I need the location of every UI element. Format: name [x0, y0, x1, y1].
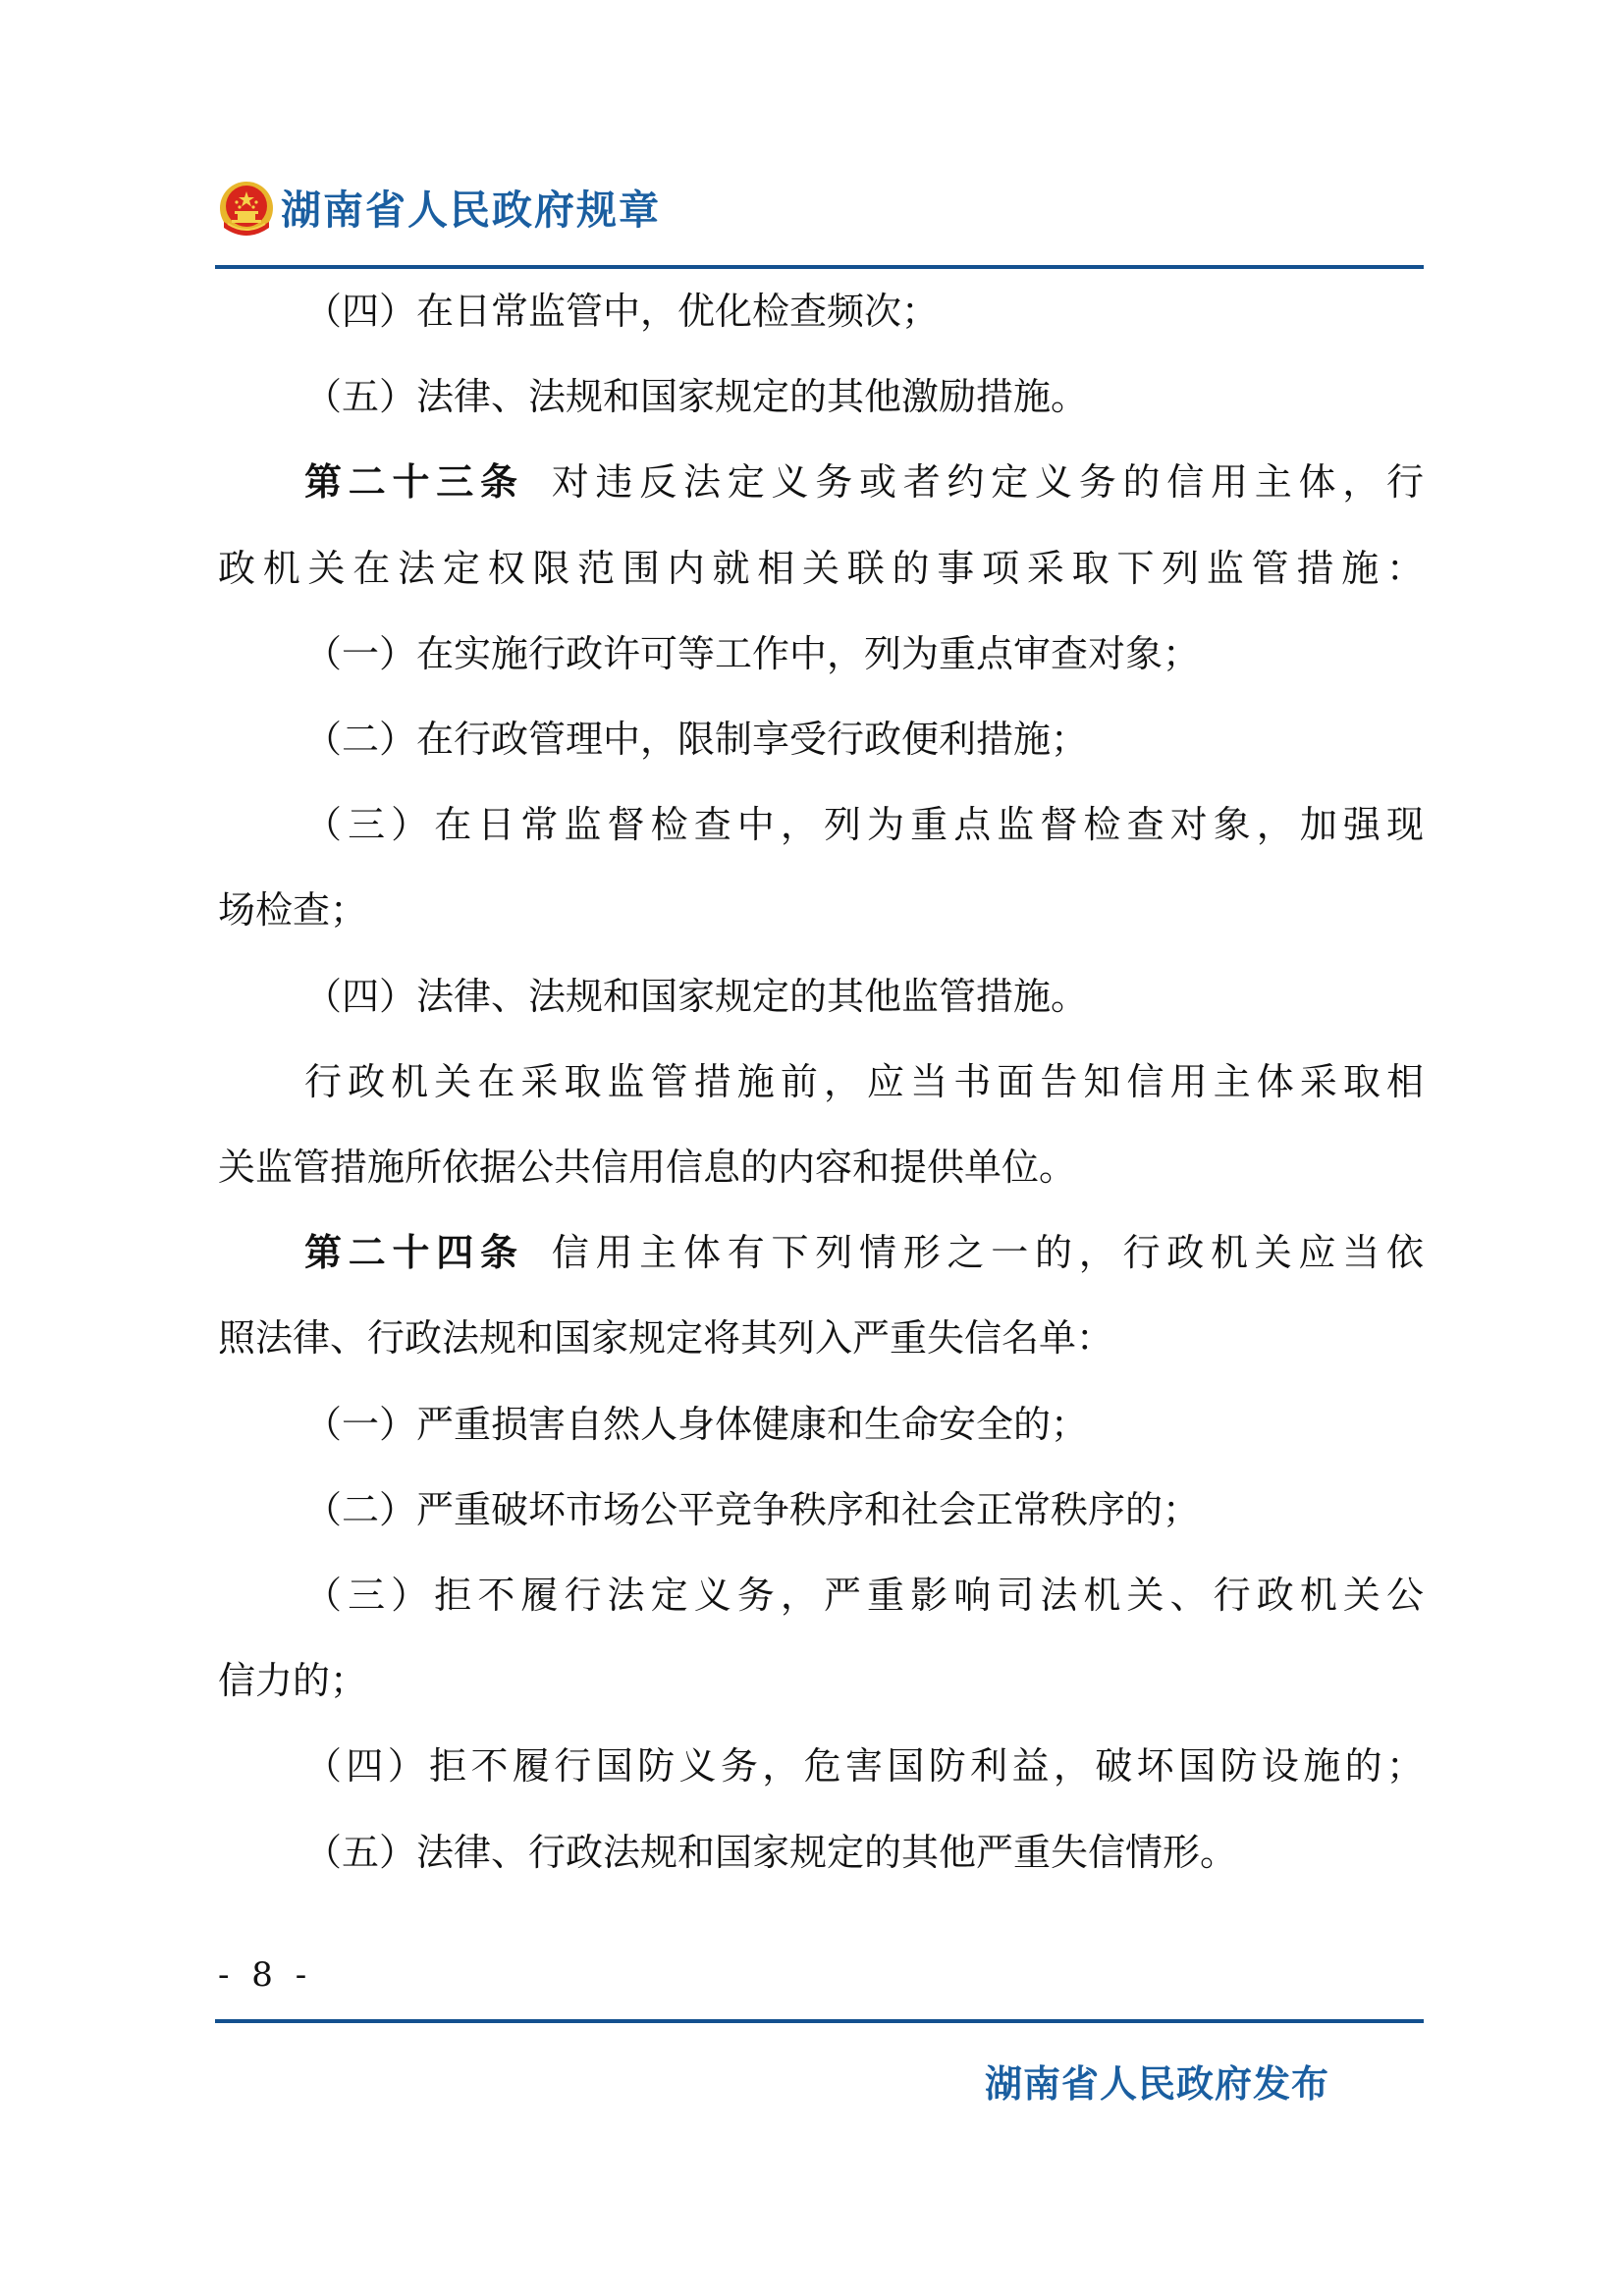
header-rule: [215, 265, 1424, 269]
line-text: （三）在日常监督检查中，列为重点监督检查对象，加强现: [304, 803, 1424, 846]
header-title: 湖南省人民政府规章: [281, 190, 661, 231]
body-line: 行政机关在采取监管措施前，应当书面告知信用主体采取相: [218, 1047, 1424, 1116]
line-text: （四）法律、法规和国家规定的其他监管措施。: [304, 975, 1088, 1018]
line-text: 信力的；: [218, 1659, 367, 1702]
line-text: 对违反法定义务或者约定义务的信用主体，行: [552, 460, 1424, 504]
publisher-footer: 湖南省人民政府发布: [985, 2061, 1329, 2107]
page-number: - 8 -: [218, 1953, 312, 1997]
line-text: （二）严重破坏市场公平竞争秩序和社会正常秩序的；: [304, 1488, 1200, 1531]
national-emblem-icon: [218, 179, 275, 241]
line-text: （五）法律、法规和国家规定的其他激励措施。: [304, 375, 1088, 418]
body-line: （二）在行政管理中，限制享受行政便利措施；: [218, 705, 1424, 774]
line-text: 信用主体有下列情形之一的，行政机关应当依: [552, 1231, 1424, 1274]
body-line: 照法律、行政法规和国家规定将其列入严重失信名单：: [218, 1304, 1424, 1372]
body-line: 政机关在法定权限范围内就相关联的事项采取下列监管措施：: [218, 534, 1424, 603]
line-text: （三）拒不履行法定义务，严重影响司法机关、行政机关公: [304, 1574, 1424, 1617]
body-line: （四）拒不履行国防义务，危害国防利益，破坏国防设施的；: [218, 1732, 1424, 1800]
body-line: （三）在日常监督检查中，列为重点监督检查对象，加强现: [218, 790, 1424, 859]
body-line: （四）在日常监管中，优化检查频次；: [218, 277, 1424, 346]
article-number: 第二十三条: [304, 460, 524, 504]
line-text: （四）拒不履行国防义务，危害国防利益，破坏国防设施的；: [304, 1744, 1424, 1788]
document-header: 湖南省人民政府规章: [218, 179, 661, 241]
body-line: （一）在实施行政许可等工作中，列为重点审查对象；: [218, 619, 1424, 688]
body-line: （二）严重破坏市场公平竞争秩序和社会正常秩序的；: [218, 1475, 1424, 1544]
body-line: 关监管措施所依据公共信用信息的内容和提供单位。: [218, 1133, 1424, 1201]
line-text: 照法律、行政法规和国家规定将其列入严重失信名单：: [218, 1316, 1113, 1360]
line-text: （一）在实施行政许可等工作中，列为重点审查对象；: [304, 632, 1200, 675]
line-text: （四）在日常监管中，优化检查频次；: [304, 290, 939, 333]
line-text: （二）在行政管理中，限制享受行政便利措施；: [304, 718, 1088, 761]
body-line: 信力的；: [218, 1646, 1424, 1715]
line-text: 政机关在法定权限范围内就相关联的事项采取下列监管措施：: [218, 547, 1424, 590]
line-text: 场检查；: [218, 888, 367, 932]
body-line: （一）严重损害自然人身体健康和生命安全的；: [218, 1390, 1424, 1459]
footer-rule: [215, 2019, 1424, 2023]
line-text: 关监管措施所依据公共信用信息的内容和提供单位。: [218, 1146, 1076, 1189]
body-line: （四）法律、法规和国家规定的其他监管措施。: [218, 962, 1424, 1031]
line-text: 行政机关在采取监管措施前，应当书面告知信用主体采取相: [304, 1060, 1424, 1103]
line-text: （五）法律、行政法规和国家规定的其他严重失信情形。: [304, 1831, 1237, 1874]
body-line: （三）拒不履行法定义务，严重影响司法机关、行政机关公: [218, 1561, 1424, 1629]
body-line: （五）法律、法规和国家规定的其他激励措施。: [218, 362, 1424, 431]
body-line: （五）法律、行政法规和国家规定的其他严重失信情形。: [218, 1818, 1424, 1887]
line-text: （一）严重损害自然人身体健康和生命安全的；: [304, 1403, 1088, 1446]
article-heading-line: 第二十四条信用主体有下列情形之一的，行政机关应当依: [218, 1218, 1424, 1287]
article-number: 第二十四条: [304, 1231, 524, 1274]
body-line: 场检查；: [218, 876, 1424, 944]
article-heading-line: 第二十三条对违反法定义务或者约定义务的信用主体，行: [218, 448, 1424, 516]
